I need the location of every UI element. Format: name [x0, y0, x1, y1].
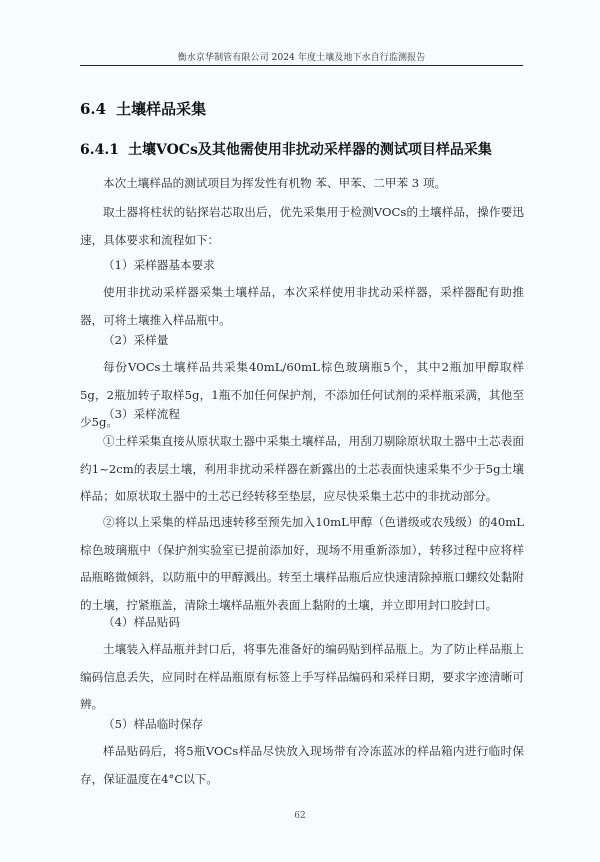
step-5-body: 样品贴码后，将5瓶VOCs样品尽快放入现场带有冷冻蓝冰的样品箱内进行临时保存，保… [80, 738, 524, 793]
subsection-title: 土壤VOCs及其他需使用非扰动采样器的测试项目样品采集 [128, 142, 492, 158]
section-title: 土壤样品采集 [116, 100, 206, 118]
page-number: 62 [0, 811, 600, 821]
step-4-body: 土壤装入样品瓶并封口后，将事先准备好的编码贴到样品瓶上。为了防止样品瓶上编码信息… [80, 636, 524, 719]
subsection-heading: 6.4.1土壤VOCs及其他需使用非扰动采样器的测试项目样品采集 [80, 140, 492, 160]
document-page: 衡水京华制管有限公司 2024 年度土壤及地下水自行监测报告 6.4土壤样品采集… [0, 0, 600, 862]
section-heading: 6.4土壤样品采集 [80, 99, 206, 119]
step-1-heading: （1）采样器基本要求 [103, 255, 215, 275]
step-1-body: 使用非扰动采样器采集土壤样品，本次采样使用非扰动采样器，采样器配有助推器，可将土… [80, 279, 524, 334]
step-3-heading: （3）采样流程 [103, 404, 180, 424]
step-5-heading: （5）样品临时保存 [103, 714, 203, 734]
intro-paragraph: 本次土壤样品的测试项目为挥发性有机物 苯、甲苯、二甲苯 3 项。 [80, 170, 524, 198]
step-2-heading: （2）采样量 [103, 330, 168, 350]
step-3-body-1: ①土样采集直接从原状取土器中采集土壤样品，用刮刀剔除原状取土器中土芯表面约1~2… [80, 428, 524, 511]
step-3-body-2: ②将以上采集的样品迅速转移至预先加入10mL甲醇（色谱级或农残级）的40mL棕色… [80, 509, 524, 619]
running-header: 衡水京华制管有限公司 2024 年度土壤及地下水自行监测报告 [80, 52, 523, 65]
step-2-body: 每份VOCs土壤样品共采集40mL/60mL棕色玻璃瓶5个，其中2瓶加甲醇取样5… [80, 354, 524, 437]
step-4-heading: （4）样品贴码 [103, 612, 180, 632]
section-number: 6.4 [80, 100, 106, 118]
subsection-number: 6.4.1 [80, 142, 119, 158]
overview-paragraph: 取土器将柱状的钻探岩芯取出后，优先采集用于检测VOCs的土壤样品，操作要迅速，具… [80, 199, 524, 254]
header-rule [80, 65, 523, 66]
